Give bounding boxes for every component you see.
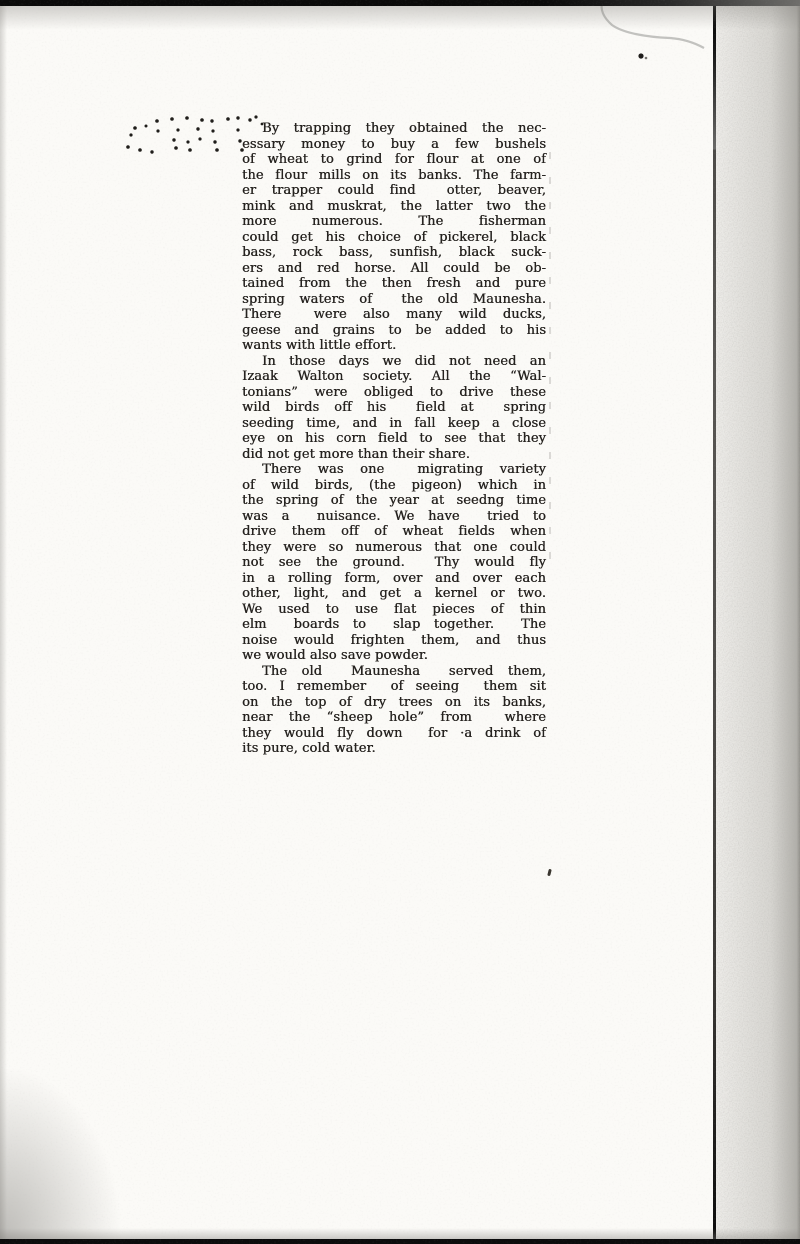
text-line: noise would frighten them, and thus (242, 633, 546, 649)
text-line: was a nuisance. We have tried to (242, 509, 546, 525)
paragraph: In those days we did not need anIzaak Wa… (242, 354, 546, 463)
small-ink-speck (547, 869, 552, 877)
text-line: wants with little effort. (242, 338, 546, 354)
text-line: tained from the then fresh and pure (242, 276, 546, 292)
text-line: did not get more than their share. (242, 447, 546, 463)
column-edge-marks (549, 152, 551, 572)
paragraph: There was one migrating varietyof wild b… (242, 462, 546, 664)
text-line: the spring of the year at seedng time (242, 493, 546, 509)
text-line: they were so numerous that one could (242, 540, 546, 556)
text-line: tonians” were obliged to drive these (242, 385, 546, 401)
article-text-column: By trapping they obtained the nec-essary… (242, 121, 546, 757)
scanned-page: By trapping they obtained the nec-essary… (0, 0, 800, 1244)
text-line: spring waters of the old Maunesha. (242, 292, 546, 308)
text-line: There was one migrating variety (242, 462, 546, 478)
scan-edge-bottom (0, 1239, 800, 1244)
text-line: not see the ground. Thy would fly (242, 555, 546, 571)
text-line: could get his choice of pickerel, black (242, 230, 546, 246)
text-line: essary money to buy a few bushels (242, 137, 546, 153)
text-line: We used to use flat pieces of thin (242, 602, 546, 618)
text-line: eye on his corn field to see that they (242, 431, 546, 447)
text-line: elm boards to slap together. The (242, 617, 546, 633)
text-line: By trapping they obtained the nec- (242, 121, 546, 137)
text-line: the flour mills on its banks. The farm- (242, 168, 546, 184)
scan-edge-top (0, 0, 800, 6)
text-line: they would fly down for ·a drink of (242, 726, 546, 742)
text-line: Izaak Walton society. All the “Wal- (242, 369, 546, 385)
text-line: drive them off of wheat fields when (242, 524, 546, 540)
text-line: ers and red horse. All could be ob- (242, 261, 546, 277)
paragraph: The old Maunesha served them,too. I reme… (242, 664, 546, 757)
bottom-left-smudge (0, 1069, 120, 1239)
scan-edge-left (0, 0, 7, 1244)
adjacent-page-gutter (716, 0, 800, 1244)
text-line: more numerous. The fisherman (242, 214, 546, 230)
text-line: In those days we did not need an (242, 354, 546, 370)
text-line: other, light, and get a kernel or two. (242, 586, 546, 602)
text-line: of wild birds, (the pigeon) which in (242, 478, 546, 494)
text-line: wild birds off his field at spring (242, 400, 546, 416)
text-line: er trapper could find otter, beaver, (242, 183, 546, 199)
text-line: in a rolling form, over and over each (242, 571, 546, 587)
text-line: seeding time, and in fall keep a close (242, 416, 546, 432)
text-line: near the “sheep hole” from where (242, 710, 546, 726)
page-fold-line (713, 0, 716, 1244)
text-line: its pure, cold water. (242, 741, 546, 757)
text-line: bass, rock bass, sunfish, black suck- (242, 245, 546, 261)
text-line: The old Maunesha served them, (242, 664, 546, 680)
text-line: we would also save powder. (242, 648, 546, 664)
text-line: mink and muskrat, the latter two the (242, 199, 546, 215)
paragraph: By trapping they obtained the nec-essary… (242, 121, 546, 354)
text-line: on the top of dry trees on its banks, (242, 695, 546, 711)
text-line: geese and grains to be added to his (242, 323, 546, 339)
text-line: There were also many wild ducks, (242, 307, 546, 323)
text-line: too. I remember of seeing them sit (242, 679, 546, 695)
text-line: of wheat to grind for flour at one of (242, 152, 546, 168)
